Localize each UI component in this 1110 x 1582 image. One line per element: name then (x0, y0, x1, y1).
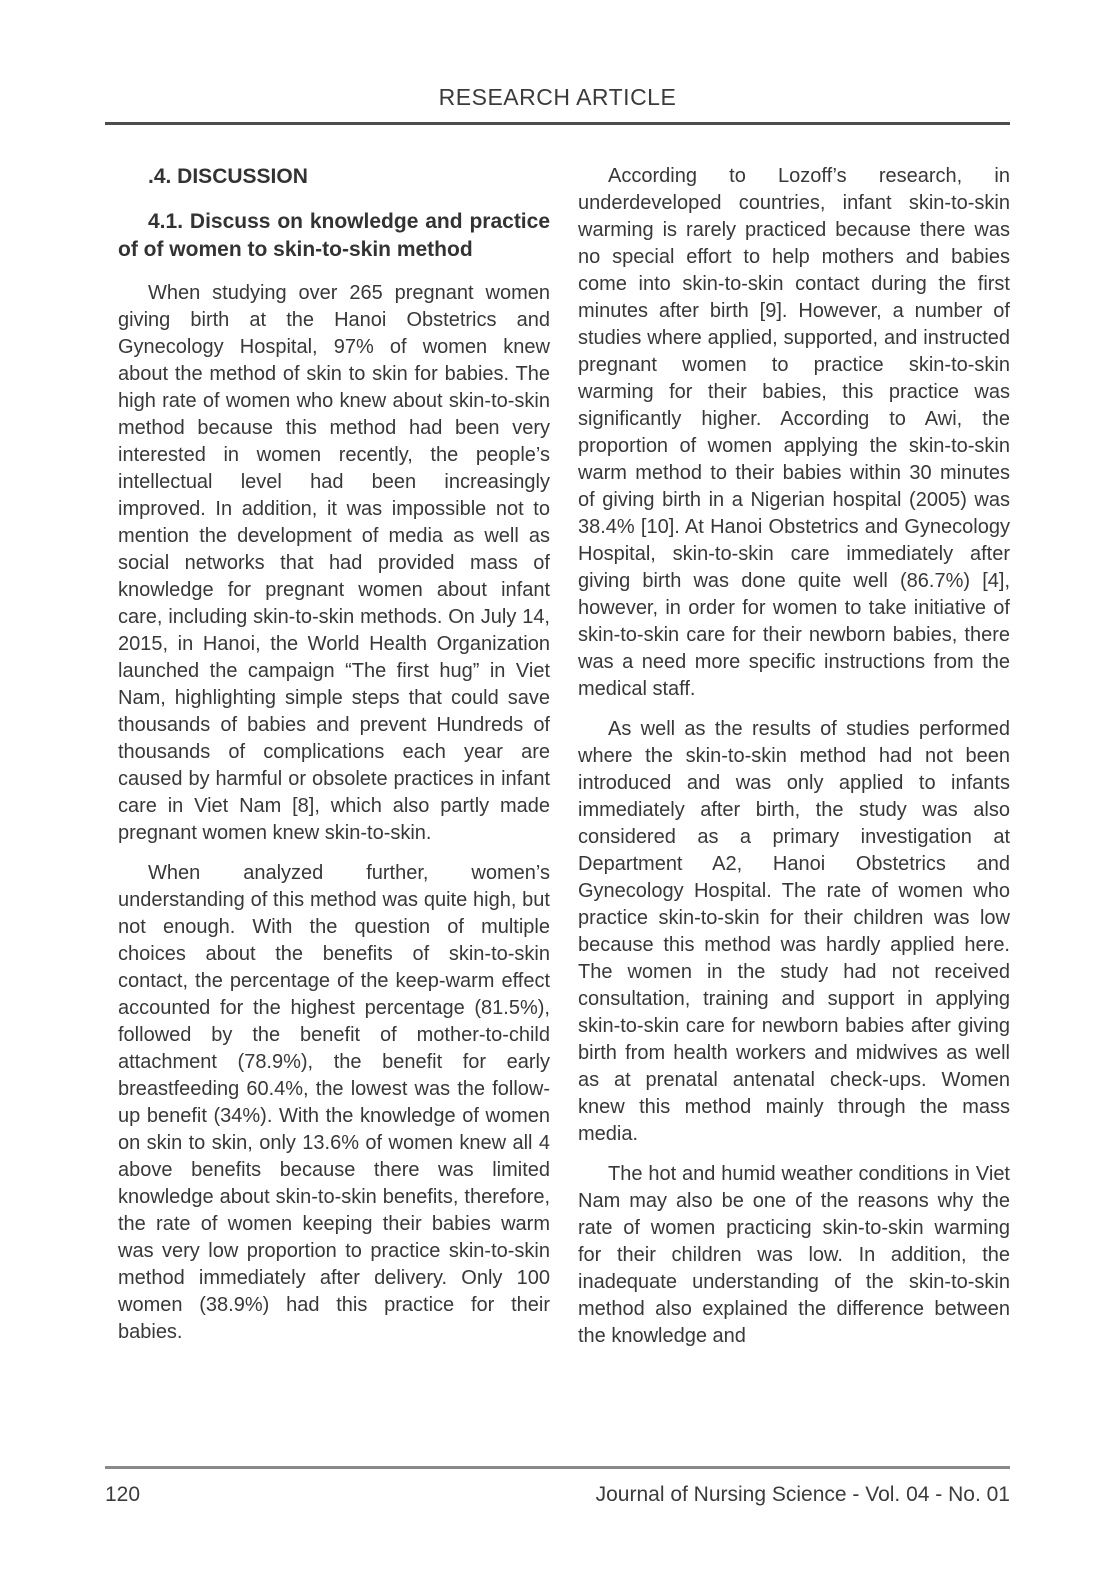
right-column: According to Lozoff’s research, in under… (578, 163, 1010, 1363)
page-number: 120 (105, 1483, 140, 1507)
article-page: RESEARCH ARTICLE .4. DISCUSSION 4.1. Dis… (0, 0, 1110, 1582)
paragraph-left-1: When studying over 265 pregnant women gi… (118, 280, 550, 847)
subsection-heading: 4.1. Discuss on knowledge and practice o… (118, 208, 550, 264)
paragraph-left-2: When analyzed further, women’s understan… (118, 860, 550, 1346)
section-heading: .4. DISCUSSION (118, 163, 550, 191)
page-content: RESEARCH ARTICLE .4. DISCUSSION 4.1. Dis… (105, 0, 1010, 1363)
left-column: .4. DISCUSSION 4.1. Discuss on knowledge… (118, 163, 550, 1363)
page-header: RESEARCH ARTICLE (105, 0, 1010, 125)
paragraph-right-3: The hot and humid weather conditions in … (578, 1161, 1010, 1350)
paragraph-right-2: As well as the results of studies perfor… (578, 716, 1010, 1148)
page-footer: 120 Journal of Nursing Science - Vol. 04… (105, 1483, 1010, 1507)
footer-divider (105, 1466, 1010, 1469)
paragraph-right-1: According to Lozoff’s research, in under… (578, 163, 1010, 703)
running-head: RESEARCH ARTICLE (105, 0, 1010, 111)
header-divider (105, 122, 1010, 125)
journal-title: Journal of Nursing Science - Vol. 04 - N… (596, 1483, 1010, 1507)
article-body: .4. DISCUSSION 4.1. Discuss on knowledge… (105, 163, 1010, 1363)
